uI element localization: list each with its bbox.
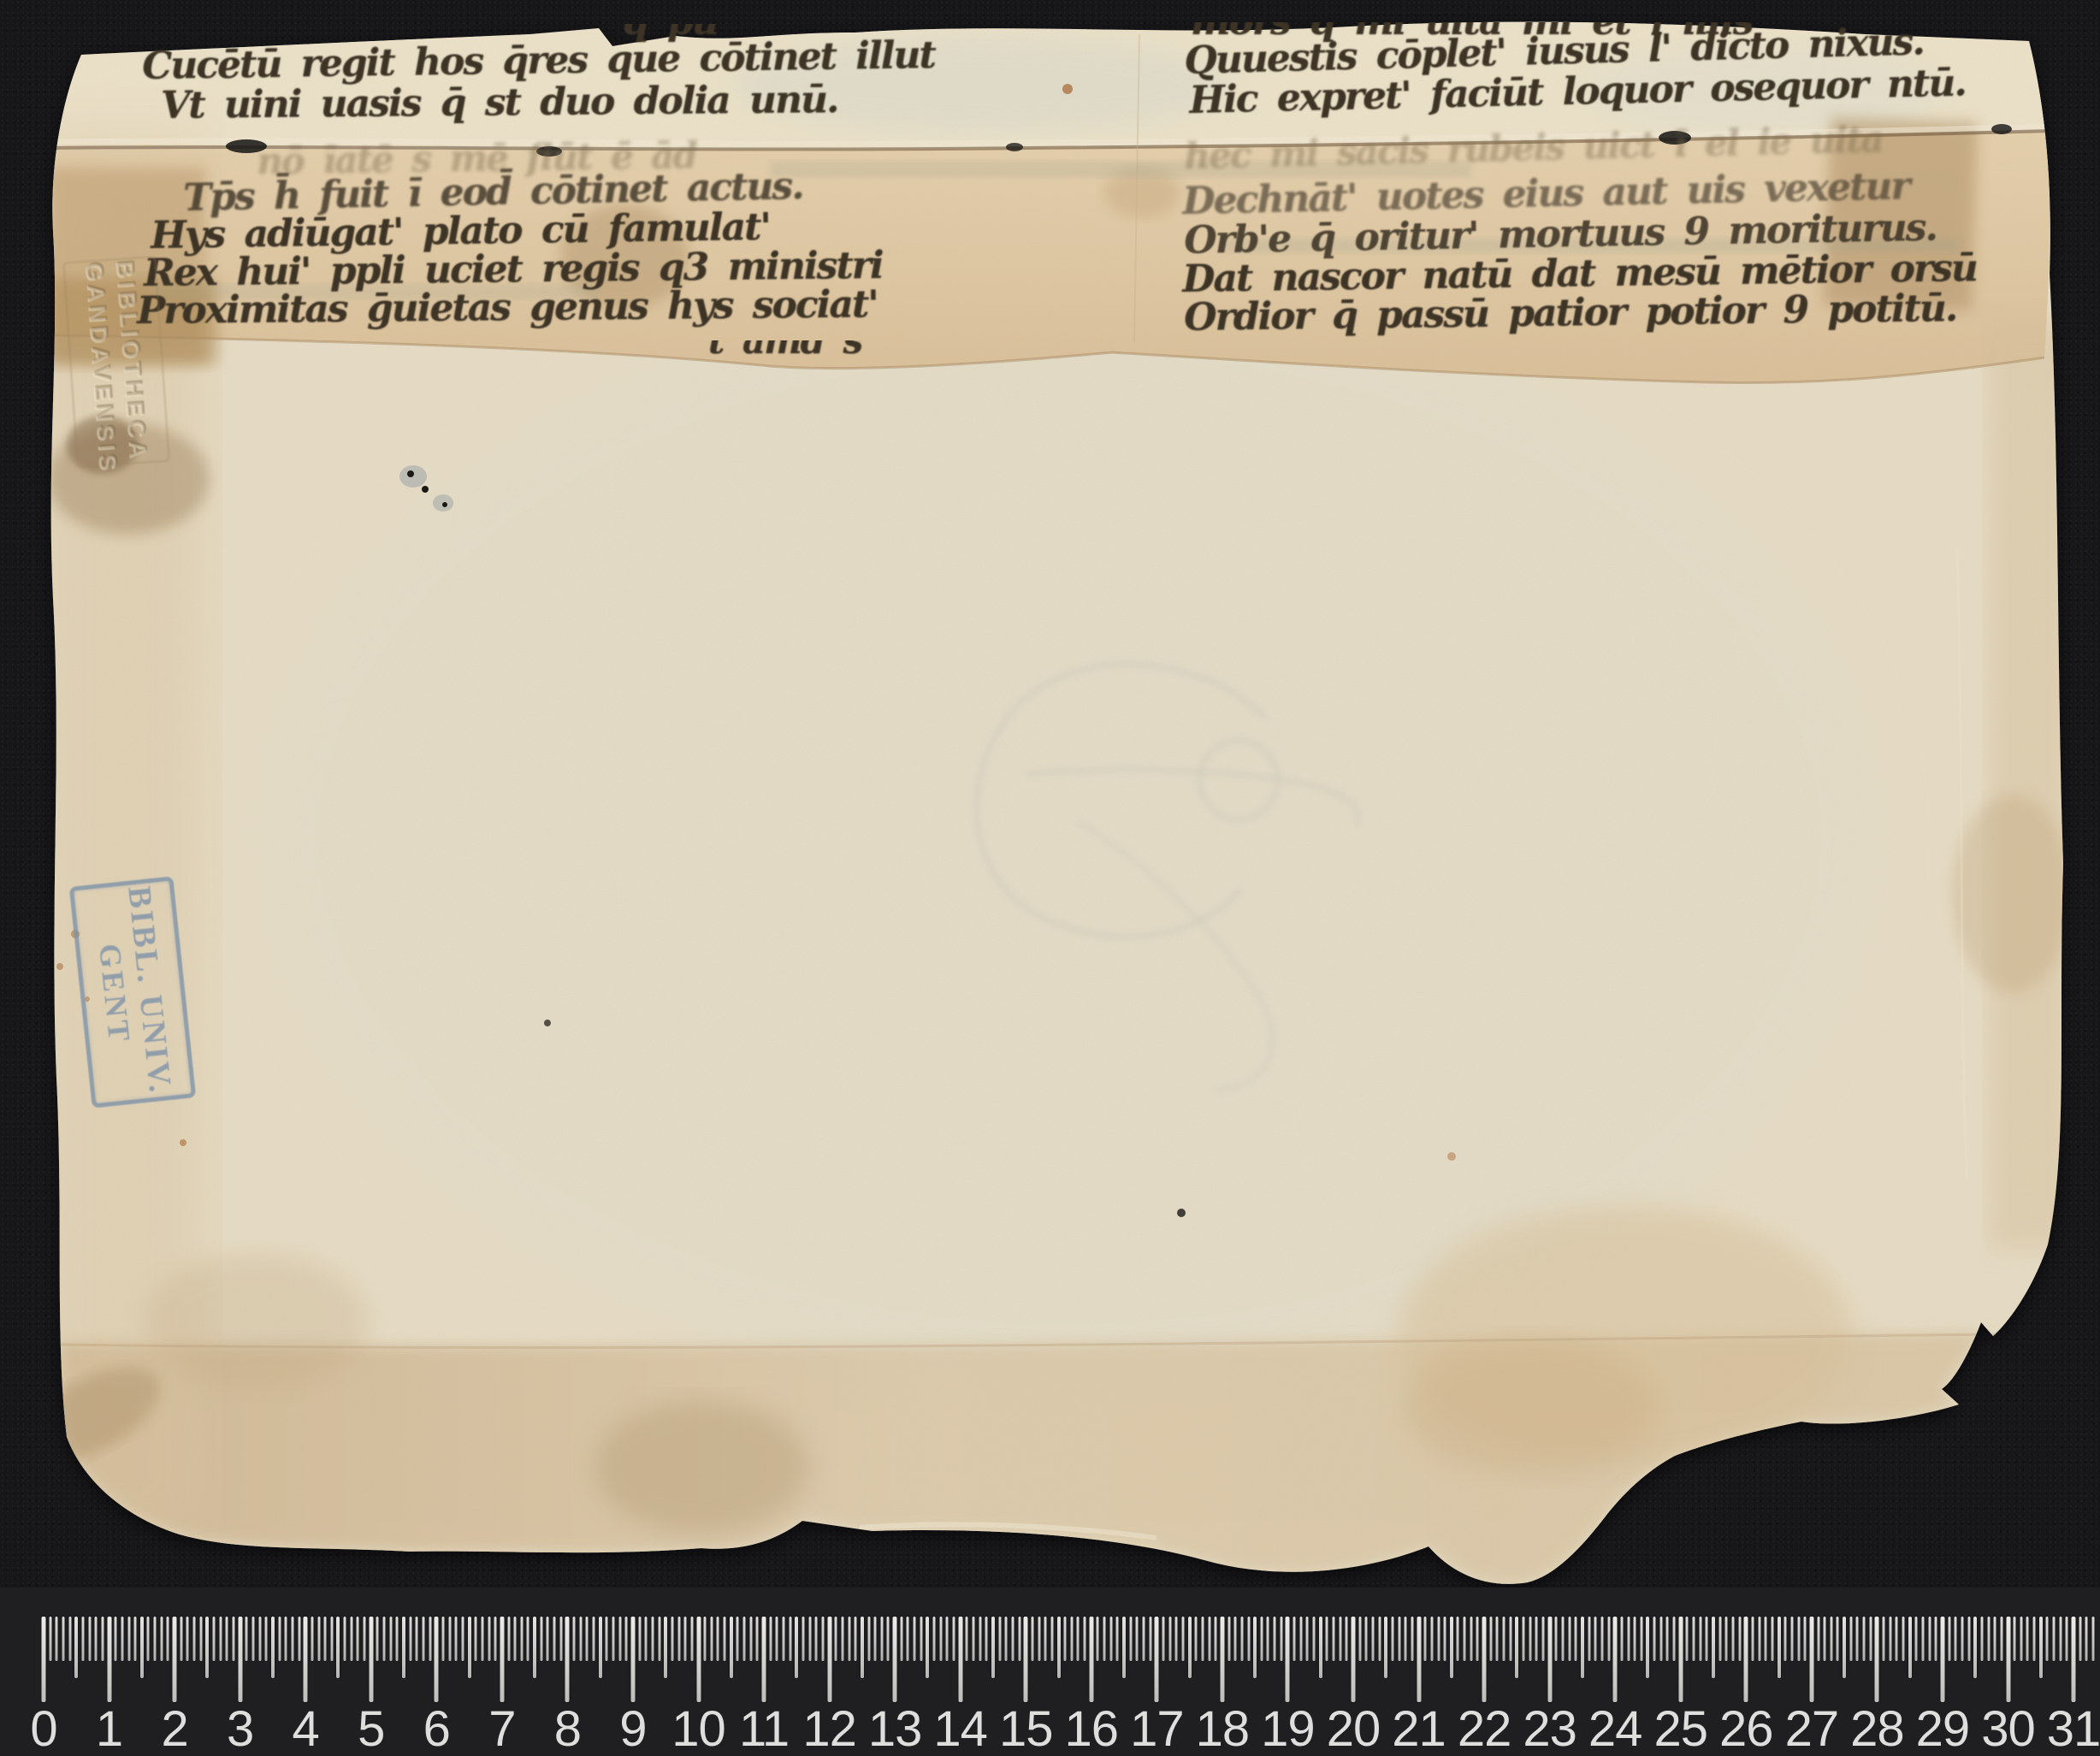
ruler-tick	[1005, 1617, 1008, 1661]
ruler-tick	[1837, 1617, 1839, 1661]
ruler-number: 21	[1392, 1700, 1446, 1756]
ruler-tick	[1089, 1617, 1093, 1702]
ruler-tick	[1955, 1617, 1957, 1661]
ruler-number: 3	[227, 1700, 253, 1756]
ruler-tick	[1889, 1617, 1891, 1661]
ruler-number: 17	[1130, 1700, 1184, 1756]
ruler-tick	[1555, 1617, 1558, 1661]
ruler-tick	[1686, 1617, 1689, 1661]
ruler-tick	[2092, 1617, 2095, 1661]
ruler-tick	[1326, 1617, 1328, 1661]
ruler-tick	[2033, 1617, 2036, 1661]
ruler-tick	[573, 1617, 576, 1661]
ruler-tick	[251, 1617, 254, 1661]
ruler-tick	[776, 1617, 778, 1661]
ruler-tick	[258, 1617, 261, 1661]
ruler-tick	[1384, 1617, 1387, 1678]
ruler-tick	[429, 1617, 431, 1661]
ruler-tick	[140, 1617, 144, 1678]
ruler-tick	[1280, 1617, 1282, 1661]
ruler-tick	[455, 1617, 458, 1661]
ruler-tick	[1883, 1617, 1885, 1661]
ruler-tick	[1162, 1617, 1165, 1661]
ruler-tick	[651, 1617, 654, 1661]
ruler-tick	[985, 1617, 988, 1661]
ruler-tick	[167, 1617, 169, 1661]
ruler-tick	[540, 1617, 542, 1661]
ruler-tick	[2053, 1617, 2056, 1661]
ruler-tick	[880, 1617, 883, 1661]
ruler-tick	[1809, 1617, 1813, 1702]
ruler-tick	[232, 1617, 234, 1661]
ruler-tick	[1208, 1617, 1210, 1661]
ruler-tick	[193, 1617, 196, 1661]
ruler-tick	[180, 1617, 182, 1661]
ruler-tick	[1863, 1617, 1866, 1661]
ruler-tick	[2020, 1617, 2022, 1661]
ruler-tick	[606, 1617, 608, 1661]
ruler-tick	[1620, 1617, 1623, 1661]
ruler-tick	[1405, 1617, 1407, 1661]
ruler-tick	[736, 1617, 739, 1661]
ruler-tick	[658, 1617, 660, 1661]
ruler-tick	[1240, 1617, 1243, 1661]
ruler-tick	[1444, 1617, 1446, 1661]
ruler-number: 8	[554, 1700, 581, 1756]
ruler-tick	[933, 1617, 936, 1661]
ruler-tick	[1011, 1617, 1014, 1661]
ruler-tick	[1044, 1617, 1047, 1661]
ruler-number: 26	[1719, 1700, 1773, 1756]
ruler-tick	[1018, 1617, 1020, 1661]
ruler-tick	[920, 1617, 922, 1661]
ruler-tick	[441, 1617, 444, 1661]
ruler-tick	[1437, 1617, 1440, 1661]
ruler-tick	[147, 1617, 150, 1661]
ruler-tick	[638, 1617, 641, 1661]
ruler-tick	[1391, 1617, 1393, 1661]
ruler-number: 11	[739, 1700, 789, 1756]
ruler-tick	[867, 1617, 870, 1661]
ruler-tick	[1817, 1617, 1819, 1661]
ruler-tick	[618, 1617, 621, 1661]
ruler: 0123456789101112131415161718192021222324…	[0, 0, 2100, 1756]
ruler-tick	[448, 1617, 451, 1661]
ruler-number: 30	[1981, 1700, 2035, 1756]
ruler-tick	[226, 1617, 228, 1661]
ruler-tick	[1181, 1617, 1184, 1661]
ruler-tick	[1274, 1617, 1276, 1661]
ruler-tick	[115, 1617, 117, 1661]
ruler-tick	[81, 1617, 84, 1661]
ruler-number: 24	[1588, 1700, 1642, 1756]
ruler-tick	[815, 1617, 818, 1661]
ruler-tick	[1122, 1617, 1126, 1678]
ruler-tick	[1143, 1617, 1145, 1661]
ruler-tick	[1646, 1617, 1649, 1678]
ruler-tick	[1640, 1617, 1642, 1661]
ruler-number: 12	[802, 1700, 856, 1756]
ruler-tick	[1070, 1617, 1073, 1661]
ruler-tick	[154, 1617, 157, 1661]
ruler-tick	[213, 1617, 216, 1661]
ruler-tick	[2006, 1617, 2010, 1702]
ruler-tick	[1430, 1617, 1433, 1661]
ruler-tick	[710, 1617, 713, 1661]
ruler-tick	[783, 1617, 785, 1661]
ruler-tick	[1856, 1617, 1859, 1661]
ruler-tick	[285, 1617, 287, 1661]
ruler-tick	[1267, 1617, 1269, 1661]
ruler-tick	[291, 1617, 293, 1661]
ruler-tick	[468, 1617, 471, 1678]
ruler-tick	[1678, 1617, 1683, 1702]
ruler-tick	[238, 1617, 242, 1702]
ruler-tick	[625, 1617, 628, 1661]
ruler-tick	[1588, 1617, 1590, 1661]
ruler-tick	[802, 1617, 804, 1661]
ruler-tick	[1398, 1617, 1400, 1661]
ruler-number: 18	[1196, 1700, 1250, 1756]
ruler-tick	[1824, 1617, 1826, 1661]
ruler-tick	[789, 1617, 791, 1661]
ruler-tick	[1503, 1617, 1505, 1661]
ruler-tick	[402, 1617, 405, 1678]
ruler-tick	[1994, 1617, 1996, 1661]
ruler-tick	[376, 1617, 379, 1661]
ruler-tick	[330, 1617, 333, 1661]
ruler-tick	[488, 1617, 490, 1661]
ruler-tick	[2085, 1617, 2088, 1661]
ruler-tick	[2014, 1617, 2016, 1661]
ruler-tick	[1967, 1617, 1970, 1661]
ruler-tick	[756, 1617, 759, 1661]
ruler-tick	[565, 1617, 570, 1702]
ruler-tick	[409, 1617, 411, 1661]
ruler-tick	[547, 1617, 549, 1661]
ruler-tick	[1535, 1617, 1538, 1661]
ruler-tick	[1215, 1617, 1217, 1661]
ruler-tick	[1849, 1617, 1852, 1661]
ruler-tick	[1607, 1617, 1610, 1661]
ruler-tick	[1482, 1617, 1487, 1702]
ruler-tick	[1509, 1617, 1511, 1661]
ruler-tick	[1411, 1617, 1413, 1661]
ruler-tick	[1489, 1617, 1492, 1661]
ruler-tick	[724, 1617, 726, 1661]
ruler-tick	[481, 1617, 483, 1661]
ruler-tick	[841, 1617, 843, 1661]
ruler-tick	[1450, 1617, 1453, 1678]
ruler-tick	[1771, 1617, 1773, 1661]
ruler-tick	[671, 1617, 673, 1661]
ruler-tick	[2066, 1617, 2068, 1661]
ruler-tick	[350, 1617, 352, 1661]
ruler-tick	[1424, 1617, 1427, 1661]
ruler-tick	[907, 1617, 909, 1661]
ruler-tick	[1103, 1617, 1106, 1661]
ruler-tick	[416, 1617, 418, 1661]
ruler-tick	[298, 1617, 300, 1661]
ruler-tick	[1725, 1617, 1728, 1661]
ruler-tick	[1568, 1617, 1571, 1661]
ruler-tick	[743, 1617, 746, 1661]
ruler-tick	[1744, 1617, 1748, 1702]
ruler-tick	[1529, 1617, 1531, 1661]
ruler-tick	[1084, 1617, 1086, 1661]
ruler-tick	[173, 1617, 177, 1702]
ruler-tick	[1470, 1617, 1472, 1661]
ruler-tick	[1168, 1617, 1171, 1661]
ruler-tick	[593, 1617, 595, 1661]
ruler-number: 2	[161, 1700, 187, 1756]
ruler-tick	[1293, 1617, 1296, 1661]
ruler-number: 9	[619, 1700, 646, 1756]
ruler-tick	[1064, 1617, 1067, 1661]
ruler-tick	[1116, 1617, 1119, 1661]
ruler-tick	[1935, 1617, 1937, 1661]
ruler-tick	[1627, 1617, 1630, 1661]
ruler-tick	[186, 1617, 189, 1661]
ruler-tick	[527, 1617, 529, 1661]
ruler-tick	[317, 1617, 320, 1661]
ruler-tick	[1260, 1617, 1263, 1661]
ruler-tick	[991, 1617, 995, 1678]
ruler-tick	[835, 1617, 837, 1661]
ruler-tick	[684, 1617, 687, 1661]
ruler-tick	[612, 1617, 614, 1661]
ruler-tick	[1175, 1617, 1178, 1661]
ruler-tick	[1673, 1617, 1676, 1661]
ruler-tick	[1921, 1617, 1924, 1661]
ruler-tick	[1581, 1617, 1584, 1678]
ruler-tick	[966, 1617, 968, 1661]
ruler-tick	[1908, 1617, 1912, 1678]
ruler-tick	[389, 1617, 392, 1661]
ruler-tick	[2059, 1617, 2062, 1661]
ruler-tick	[1738, 1617, 1741, 1661]
ruler-tick	[1155, 1617, 1159, 1702]
ruler-tick	[1706, 1617, 1708, 1661]
ruler-number: 28	[1850, 1700, 1904, 1756]
ruler-tick	[357, 1617, 359, 1661]
ruler-tick	[1940, 1617, 1944, 1702]
ruler-tick	[1896, 1617, 1898, 1661]
ruler-tick	[364, 1617, 366, 1661]
ruler-tick	[1109, 1617, 1112, 1661]
ruler-tick	[1712, 1617, 1715, 1678]
ruler-tick	[1948, 1617, 1950, 1661]
ruler-tick	[2039, 1617, 2043, 1678]
ruler-number: 0	[30, 1700, 56, 1756]
ruler-tick	[821, 1617, 824, 1661]
ruler-tick	[1031, 1617, 1033, 1661]
ruler-tick	[494, 1617, 497, 1661]
ruler-tick	[74, 1617, 78, 1678]
ruler-tick	[1547, 1617, 1552, 1702]
ruler-tick	[1797, 1617, 1800, 1661]
ruler-tick	[900, 1617, 902, 1661]
ruler-tick	[1758, 1617, 1760, 1661]
ruler-tick	[795, 1617, 798, 1678]
ruler-tick	[422, 1617, 424, 1661]
ruler-tick	[749, 1617, 752, 1661]
ruler-tick	[134, 1617, 137, 1661]
ruler-tick	[369, 1617, 373, 1702]
ruler-tick	[1790, 1617, 1793, 1661]
ruler-tick	[42, 1617, 46, 1702]
ruler-tick	[1299, 1617, 1302, 1661]
ruler-tick	[677, 1617, 680, 1661]
ruler-tick	[1515, 1617, 1518, 1678]
ruler-tick	[1653, 1617, 1656, 1661]
ruler-tick	[586, 1617, 589, 1661]
ruler-tick	[1778, 1617, 1781, 1678]
ruler-tick	[1915, 1617, 1918, 1661]
ruler-tick	[265, 1617, 268, 1661]
ruler-tick	[973, 1617, 975, 1661]
ruler-tick	[1561, 1617, 1564, 1661]
ruler-tick	[2026, 1617, 2029, 1661]
ruler-tick	[1346, 1617, 1348, 1661]
ruler-tick	[1600, 1617, 1603, 1661]
ruler-tick	[199, 1617, 202, 1661]
ruler-tick	[245, 1617, 248, 1661]
ruler-tick	[1313, 1617, 1316, 1661]
ruler-tick	[1220, 1617, 1224, 1702]
ruler-tick	[396, 1617, 399, 1661]
ruler-tick	[1195, 1617, 1198, 1661]
ruler-tick	[1613, 1617, 1618, 1702]
ruler-tick	[1476, 1617, 1479, 1661]
ruler-tick	[461, 1617, 464, 1661]
ruler-tick	[1365, 1617, 1368, 1661]
ruler-tick	[107, 1617, 111, 1702]
ruler-tick	[1594, 1617, 1597, 1661]
ruler-tick	[95, 1617, 98, 1661]
ruler-tick	[874, 1617, 877, 1661]
ruler-tick	[1784, 1617, 1787, 1661]
ruler-tick	[344, 1617, 346, 1661]
ruler-tick	[336, 1617, 340, 1678]
ruler-tick	[1659, 1617, 1662, 1661]
ruler-tick	[946, 1617, 949, 1661]
ruler-tick	[500, 1617, 504, 1702]
ruler-number: 22	[1458, 1700, 1511, 1756]
ruler-tick	[507, 1617, 510, 1661]
ruler-tick	[1188, 1617, 1192, 1678]
ruler-tick	[62, 1617, 64, 1661]
ruler-tick	[914, 1617, 916, 1661]
ruler-tick	[324, 1617, 327, 1661]
ruler-tick	[1718, 1617, 1721, 1661]
ruler-tick	[926, 1617, 929, 1678]
ruler-tick	[953, 1617, 955, 1661]
ruler-number: 4	[293, 1700, 319, 1756]
ruler-number: 15	[999, 1700, 1053, 1756]
ruler-tick	[808, 1617, 811, 1661]
ruler-tick	[887, 1617, 890, 1661]
ruler-tick	[1227, 1617, 1230, 1661]
ruler-tick	[1149, 1617, 1151, 1661]
ruler-tick	[1928, 1617, 1931, 1661]
ruler-tick	[121, 1617, 123, 1661]
ruler-tick	[520, 1617, 523, 1661]
ruler-tick	[1352, 1617, 1356, 1702]
ruler-tick	[690, 1617, 693, 1661]
ruler-tick	[278, 1617, 281, 1661]
ruler-tick	[1666, 1617, 1669, 1661]
ruler-tick	[1201, 1617, 1204, 1661]
ruler-tick	[861, 1617, 864, 1678]
ruler-tick	[383, 1617, 386, 1661]
ruler-tick	[717, 1617, 719, 1661]
ruler-tick	[304, 1617, 308, 1702]
ruler-number: 1	[96, 1700, 122, 1756]
ruler-tick	[827, 1617, 831, 1702]
ruler-tick	[696, 1617, 701, 1702]
ruler-tick	[998, 1617, 1001, 1661]
ruler-tick	[1634, 1617, 1636, 1661]
ruler-tick	[979, 1617, 981, 1661]
ruler-tick	[1057, 1617, 1061, 1678]
ruler-tick	[1987, 1617, 1990, 1661]
ruler-number: 20	[1327, 1700, 1381, 1756]
ruler-tick	[1234, 1617, 1237, 1661]
ruler-tick	[730, 1617, 733, 1678]
ruler-tick	[49, 1617, 51, 1661]
ruler-tick	[1457, 1617, 1459, 1661]
ruler-tick	[533, 1617, 536, 1678]
ruler-tick	[1306, 1617, 1309, 1661]
ruler-tick	[958, 1617, 962, 1702]
ruler-tick	[2000, 1617, 2002, 1661]
ruler-tick	[205, 1617, 209, 1678]
ruler-number: 23	[1523, 1700, 1576, 1756]
ruler-tick	[630, 1617, 635, 1702]
ruler-tick	[2046, 1617, 2049, 1661]
ruler-tick	[1731, 1617, 1734, 1661]
ruler-tick	[1136, 1617, 1139, 1661]
ruler-tick	[939, 1617, 942, 1661]
ruler-tick	[1038, 1617, 1040, 1661]
ruler-tick	[559, 1617, 562, 1661]
ruler-tick	[1286, 1617, 1290, 1702]
ruler-tick	[1980, 1617, 1983, 1661]
ruler-number: 29	[1916, 1700, 1970, 1756]
ruler-tick	[271, 1617, 275, 1678]
ruler-tick	[101, 1617, 104, 1661]
ruler-tick	[127, 1617, 130, 1661]
ruler-tick	[1496, 1617, 1499, 1661]
ruler-tick	[1378, 1617, 1381, 1661]
ruler-tick	[1097, 1617, 1099, 1661]
ruler-number: 10	[671, 1700, 725, 1756]
ruler-tick	[219, 1617, 222, 1661]
ruler-tick	[56, 1617, 58, 1661]
ruler-tick	[579, 1617, 582, 1661]
ruler-tick	[475, 1617, 477, 1661]
ruler-tick	[645, 1617, 648, 1661]
ruler-tick	[1830, 1617, 1832, 1661]
ruler-number: 7	[488, 1700, 515, 1756]
ruler-tick	[311, 1617, 313, 1661]
ruler-tick	[1339, 1617, 1341, 1661]
ruler-number: 27	[1785, 1700, 1839, 1756]
ruler-tick	[1869, 1617, 1872, 1661]
ruler-tick	[553, 1617, 556, 1661]
ruler-tick	[2072, 1617, 2076, 1702]
